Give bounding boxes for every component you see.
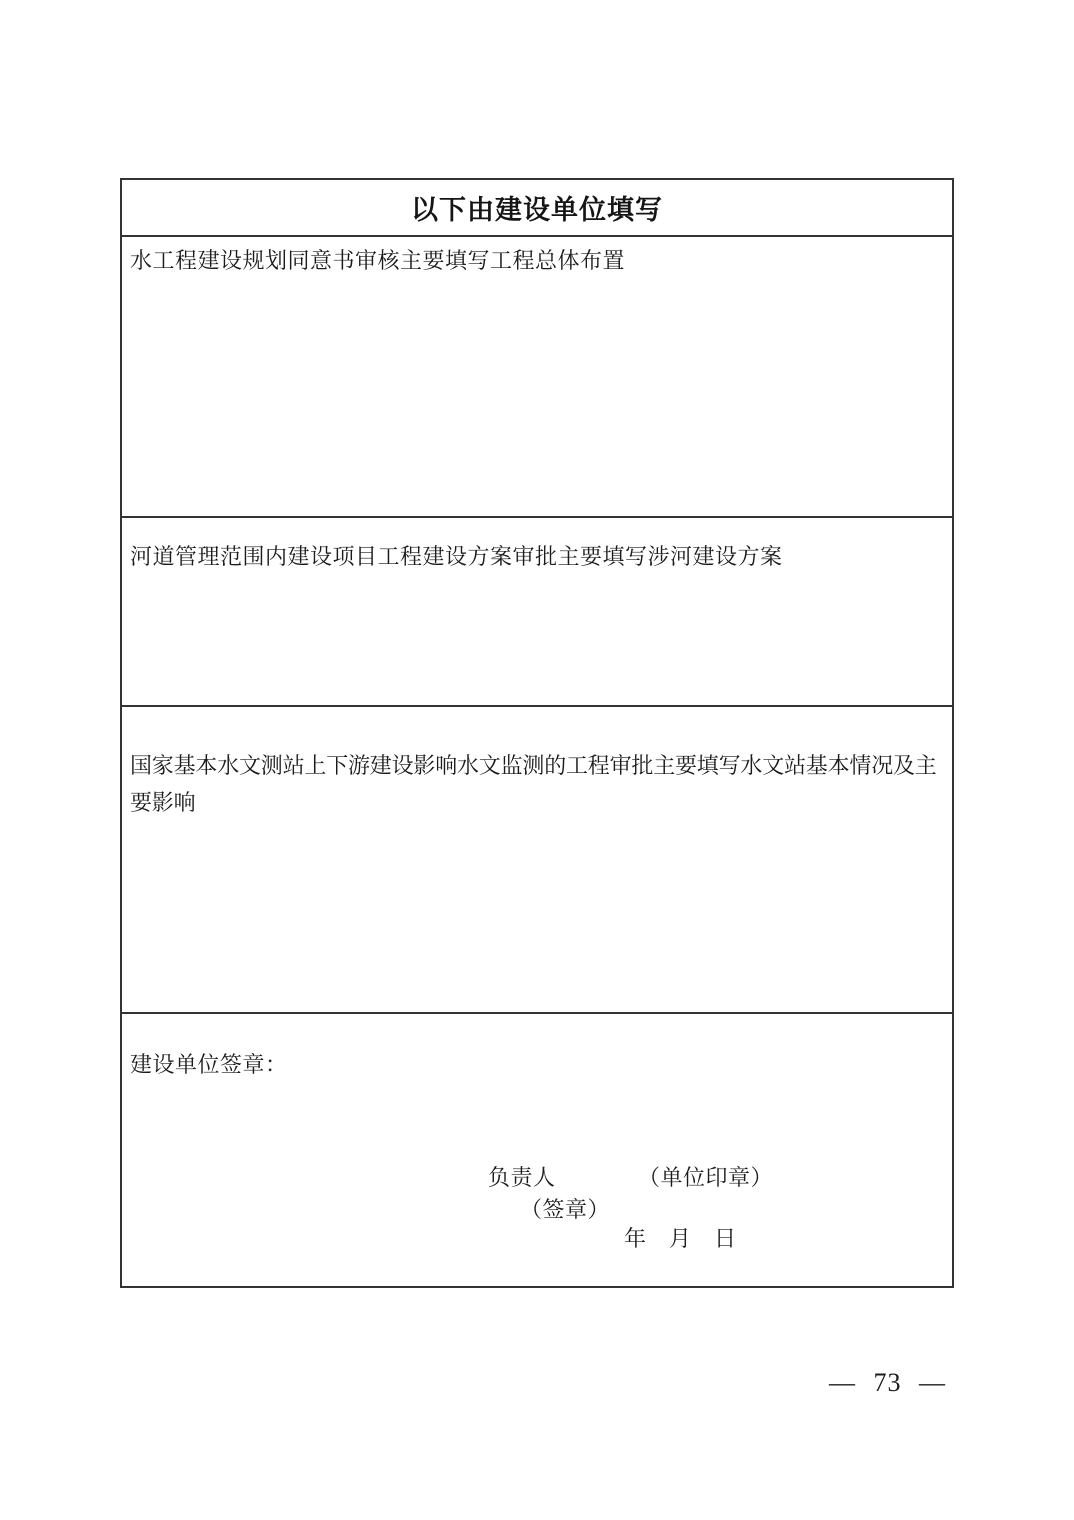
river-management-text: 河道管理范围内建设项目工程建设方案审批主要填写涉河建设方案	[122, 518, 952, 573]
form-row-planning-consent: 水工程建设规划同意书审核主要填写工程总体布置	[122, 237, 952, 518]
hydrology-station-text: 国家基本水文测站上下游建设影响水文监测的工程审批主要填写水文站基本情况及主要影响	[122, 707, 952, 821]
document-page: 以下由建设单位填写 水工程建设规划同意书审核主要填写工程总体布置 河道管理范围内…	[0, 0, 1074, 1520]
responsible-seal-note: （签章）	[520, 1196, 610, 1224]
signature-label: 建设单位签章：	[122, 1014, 952, 1080]
unit-seal-label: （单位印章）	[638, 1164, 773, 1192]
form-table: 以下由建设单位填写 水工程建设规划同意书审核主要填写工程总体布置 河道管理范围内…	[120, 178, 954, 1288]
page-number: — 73 —	[829, 1368, 946, 1398]
planning-consent-text: 水工程建设规划同意书审核主要填写工程总体布置	[122, 237, 952, 277]
form-row-river-management: 河道管理范围内建设项目工程建设方案审批主要填写涉河建设方案	[122, 518, 952, 707]
form-row-signature: 建设单位签章： 负责人 （单位印章） （签章） 年 月 日	[122, 1014, 952, 1286]
responsible-person-label: 负责人	[488, 1164, 556, 1192]
form-header-title: 以下由建设单位填写	[411, 188, 663, 227]
form-header-row: 以下由建设单位填写	[122, 180, 952, 237]
date-placeholder: 年 月 日	[624, 1225, 737, 1253]
form-row-hydrology-station: 国家基本水文测站上下游建设影响水文监测的工程审批主要填写水文站基本情况及主要影响	[122, 707, 952, 1014]
